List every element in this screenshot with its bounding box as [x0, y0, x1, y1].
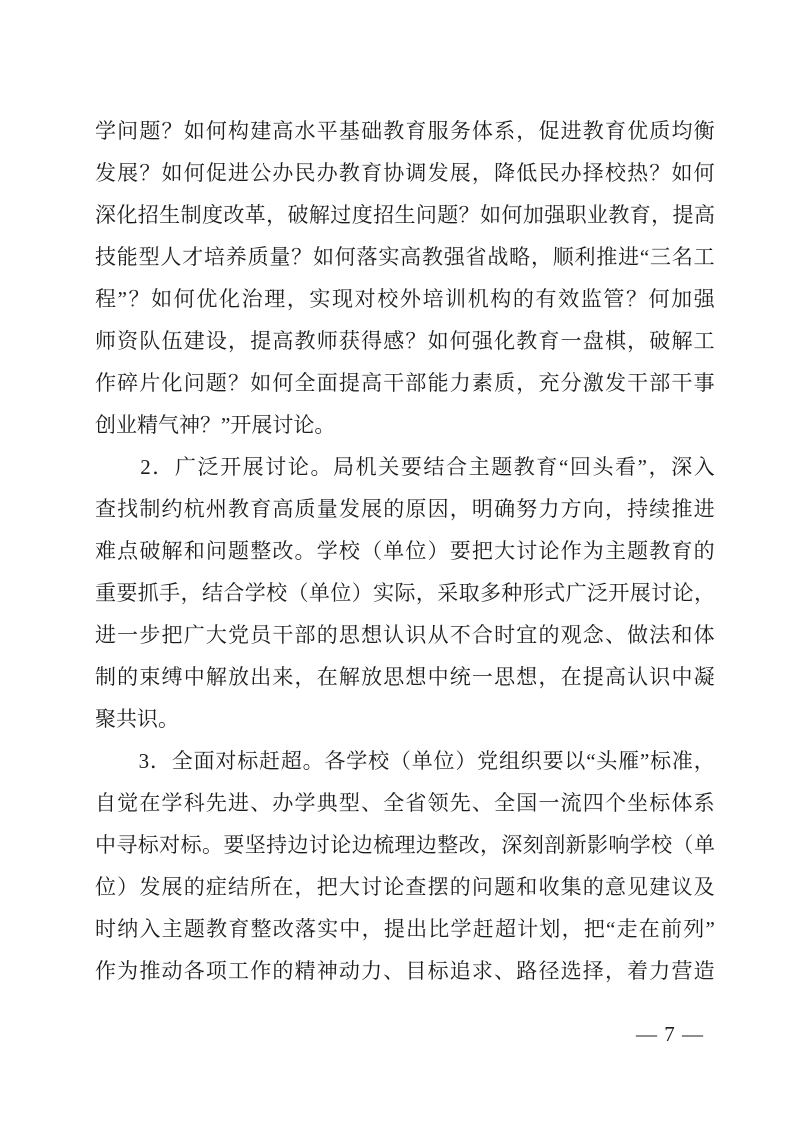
text-line: 创业精气神？”开展讨论。: [95, 404, 715, 446]
text-line: 制的束缚中解放出来，在解放思想中统一思想，在提高认识中凝: [95, 656, 715, 698]
text-line: 深化招生制度改革，破解过度招生问题？如何加强职业教育，提高: [95, 194, 715, 236]
text-line: 师资队伍建设，提高教师获得感？如何强化教育一盘棋，破解工: [95, 320, 715, 362]
text-line: 作碎片化问题？如何全面提高干部能力素质，充分激发干部干事: [95, 362, 715, 404]
text-line: 学问题？如何构建高水平基础教育服务体系，促进教育优质均衡: [95, 110, 715, 152]
document-body: 学问题？如何构建高水平基础教育服务体系，促进教育优质均衡发展？如何促进公办民办教…: [95, 110, 715, 992]
text-line: 中寻标对标。要坚持边讨论边梳理边整改，深刻剖新影响学校（单: [95, 824, 715, 866]
text-line: 发展？如何促进公办民办教育协调发展，降低民办择校热？如何: [95, 152, 715, 194]
text-line: 时纳入主题教育整改落实中，提出比学赶超计划，把“走在前列”: [95, 908, 715, 950]
text-line: 自觉在学科先进、办学典型、全省领先、全国一流四个坐标体系: [95, 782, 715, 824]
text-line: 聚共识。: [95, 698, 715, 740]
text-line: 程”？如何优化治理，实现对校外培训机构的有效监管？何加强: [95, 278, 715, 320]
page-number: — 7 —: [636, 1024, 704, 1045]
text-line: 查找制约杭州教育高质量发展的原因，明确努力方向，持续推进: [95, 488, 715, 530]
text-line: 位）发展的症结所在，把大讨论查摆的问题和收集的意见建议及: [95, 866, 715, 908]
text-line: 难点破解和问题整改。学校（单位）要把大讨论作为主题教育的: [95, 530, 715, 572]
text-line: 3．全面对标赶超。各学校（单位）党组织要以“头雁”标准，: [95, 740, 715, 782]
text-line: 进一步把广大党员干部的思想认识从不合时宜的观念、做法和体: [95, 614, 715, 656]
text-line: 作为推动各项工作的精神动力、目标追求、路径选择，着力营造: [95, 950, 715, 992]
text-line: 重要抓手，结合学校（单位）实际，采取多种形式广泛开展讨论，: [95, 572, 715, 614]
text-line: 技能型人才培养质量？如何落实高教强省战略，顺利推进“三名工: [95, 236, 715, 278]
text-line: 2．广泛开展讨论。局机关要结合主题教育“回头看”，深入: [95, 446, 715, 488]
document-page: 学问题？如何构建高水平基础教育服务体系，促进教育优质均衡发展？如何促进公办民办教…: [0, 0, 800, 1131]
